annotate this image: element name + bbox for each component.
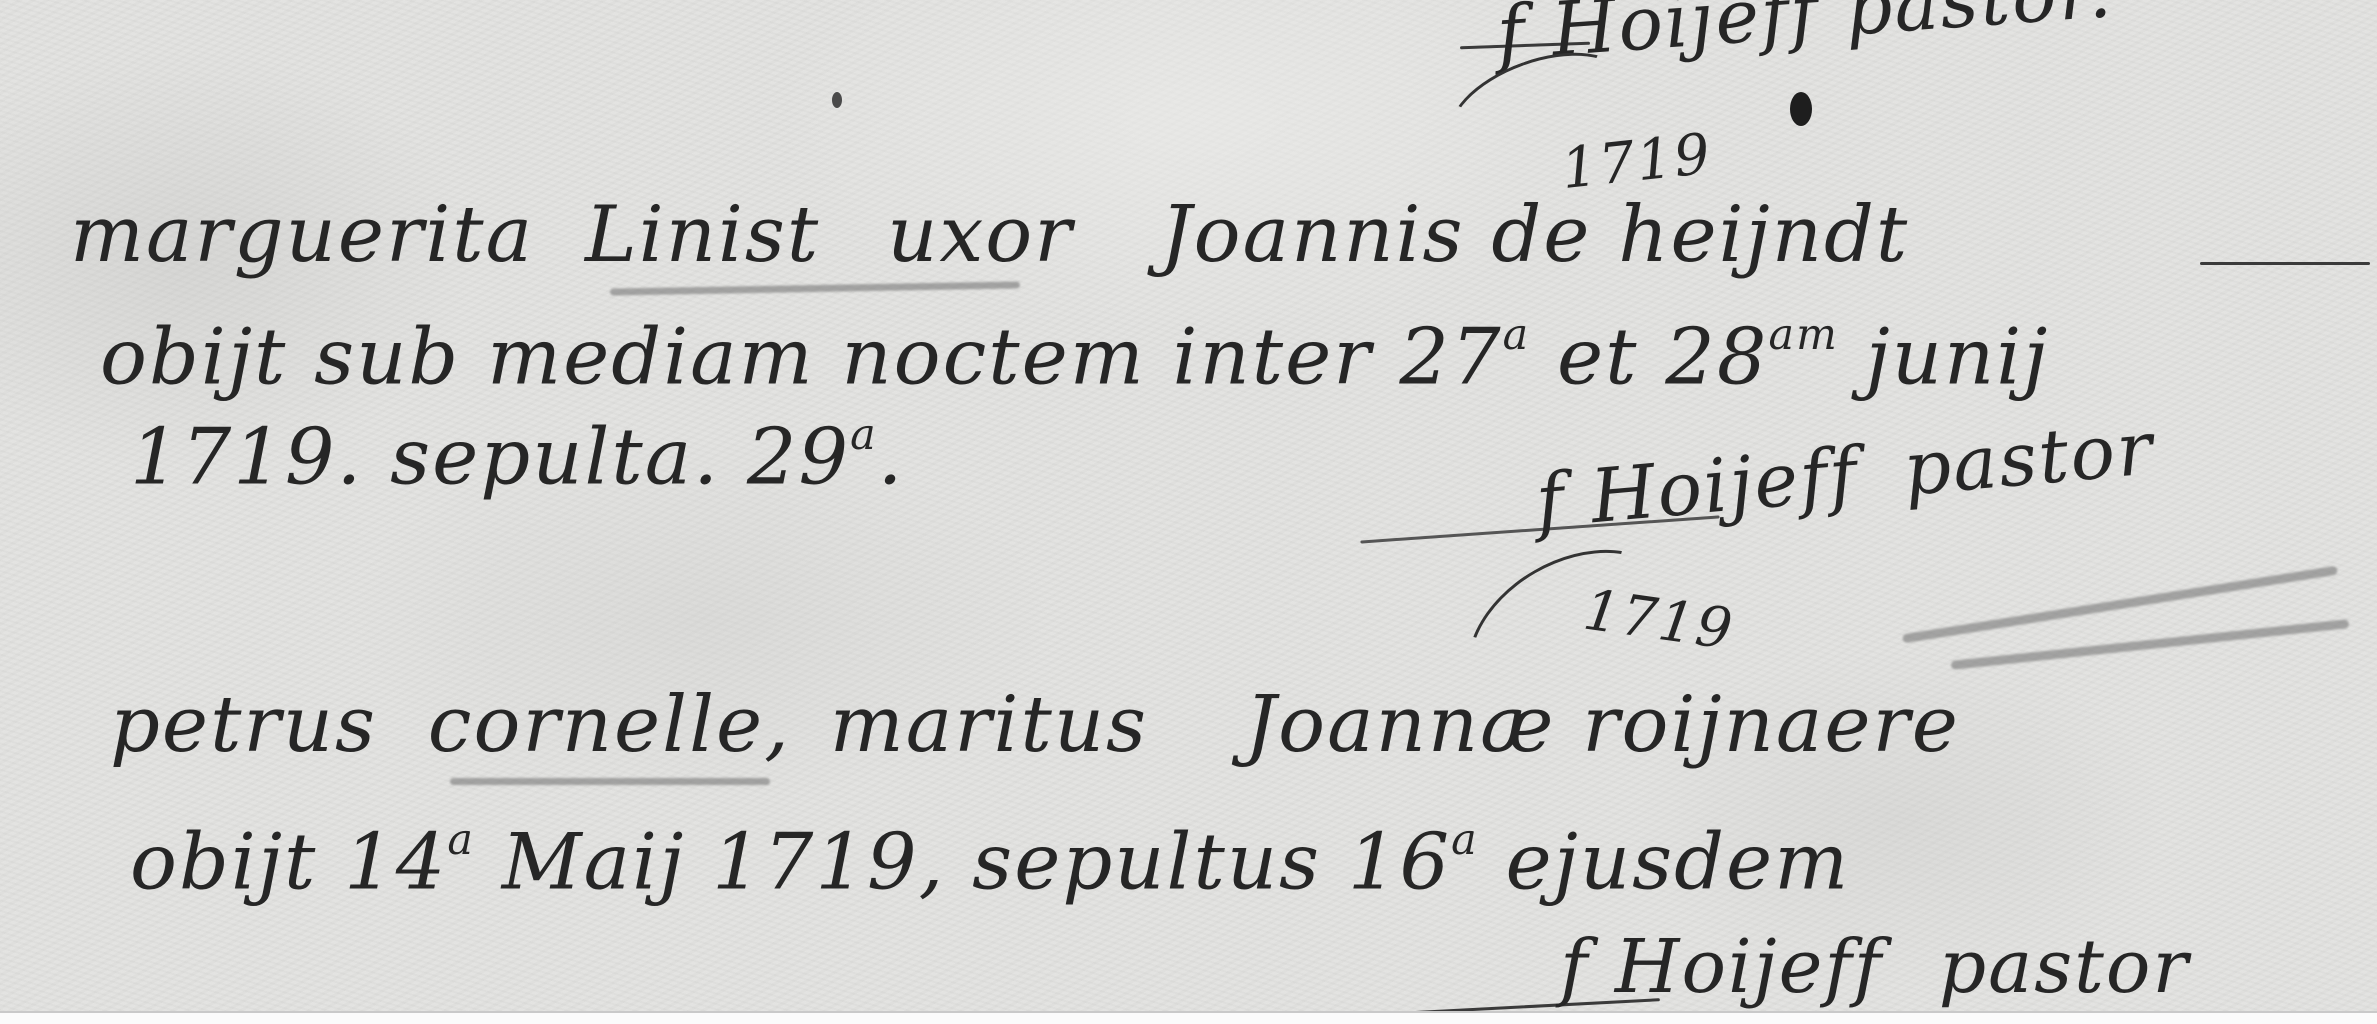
entry-2-line-1: petrus cornelle, maritus Joannæ roijnaer…	[110, 680, 1960, 770]
relation-word: maritus	[830, 680, 1148, 770]
death-date-text: obijt sub mediam noctem inter 27	[100, 312, 1503, 402]
faint-underline	[450, 778, 770, 785]
entry-1-signature: f Hoijeff pastor	[1533, 406, 2158, 544]
deceased-first-name: petrus	[110, 680, 377, 770]
death-date-text: et 28	[1530, 312, 1768, 402]
burial-date-text: 1719. sepulta. 29	[130, 412, 850, 502]
deceased-surname: cornelle,	[428, 680, 791, 770]
deceased-surname: Linist	[585, 190, 820, 280]
ink-blot	[1790, 92, 1812, 126]
ink-blot	[832, 92, 842, 108]
superscript: a	[850, 410, 878, 460]
death-month: junij	[1839, 312, 2050, 402]
line-end-stroke	[2200, 262, 2370, 265]
signature-swash	[1951, 619, 2350, 670]
pastor-name: f Hoijeff	[1533, 431, 1862, 545]
entry-1-line-3: 1719. sepulta. 29a.	[130, 390, 904, 502]
spouse-name: Joannis de heijndt	[1160, 190, 1909, 280]
pastor-name: f Hoijeff	[1560, 924, 1883, 1010]
superscript: a	[1451, 815, 1479, 865]
burial-date-text: Maij 1719, sepultus 16	[475, 817, 1451, 907]
deceased-first-name: marguerita	[70, 190, 534, 280]
pastor-title: pastor	[1900, 405, 2158, 513]
scan-bottom-border	[0, 1011, 2377, 1024]
entry-2-signature: f Hoijeff pastor	[1560, 925, 2190, 1009]
entry-2-line-2: obijt 14a Maij 1719, sepultus 16a ejusde…	[130, 795, 1850, 907]
entry-1-line-2: obijt sub mediam noctem inter 27a et 28a…	[100, 290, 2049, 402]
superscript: a	[1503, 310, 1531, 360]
pastor-title: pastor	[1939, 924, 2190, 1010]
same-month-word: ejusdem	[1479, 817, 1850, 907]
year-annotation: 1719	[1559, 125, 1715, 200]
manuscript-page: f Hoijeff pastor. 1719 marguerita Linist…	[0, 0, 2377, 1011]
relation-word: uxor	[887, 190, 1073, 280]
death-date-text: obijt 14	[130, 817, 447, 907]
entry-1-line-1: marguerita Linist uxor Joannis de heijnd…	[70, 190, 1909, 280]
superscript: a	[447, 815, 475, 865]
superscript: am	[1769, 310, 1839, 360]
punctuation: .	[878, 412, 905, 502]
spouse-name: Joannæ roijnaere	[1245, 680, 1960, 770]
